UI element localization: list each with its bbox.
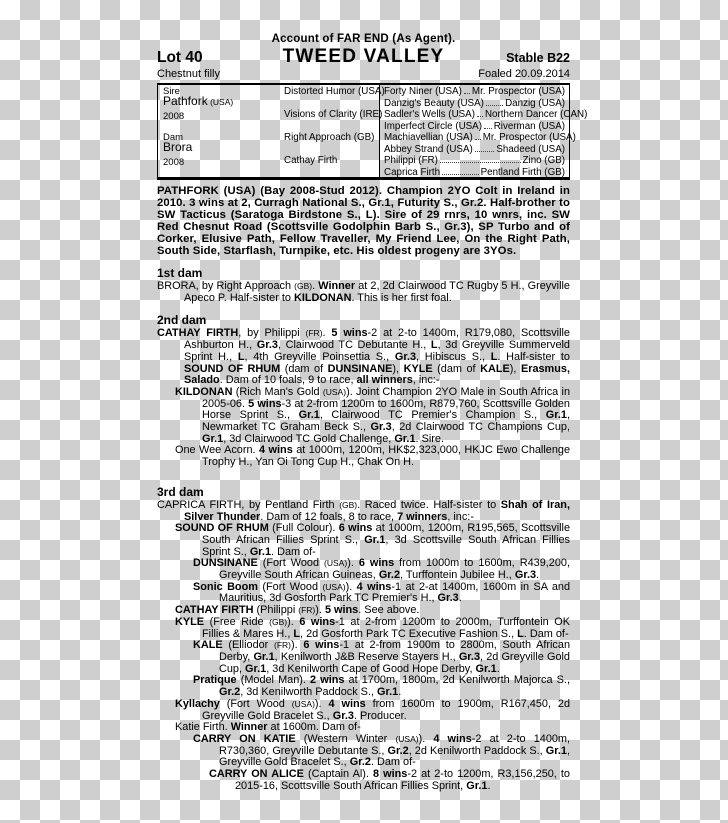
text-segment: BRORA, by Right Approach xyxy=(157,280,294,292)
text-segment: (Full Colour). xyxy=(269,522,339,534)
emphasis-text: all winners xyxy=(357,374,413,386)
ancestor-name: Caprica Firth xyxy=(384,167,440,178)
pedigree-ancestor-row: Abbey Strand (USA)Shadeed (USA) xyxy=(384,144,565,155)
emphasis-text: Gr.1 xyxy=(546,409,567,421)
emphasis-text: CARRY ON ALICE xyxy=(209,768,304,780)
pedigree-paragraph: Sonic Boom (Fort Wood (USA)). 4 wins-1 a… xyxy=(157,582,570,605)
ancestor-name: Riverman (USA) xyxy=(494,121,565,132)
emphasis-text: Gr.1 xyxy=(245,663,266,675)
pedigree-column-grandparents: Forty Niner (USA)Mr. Prospector (USA)Dan… xyxy=(379,85,569,177)
emphasis-text: CATHAY FIRTH xyxy=(157,327,238,339)
emphasis-text: L xyxy=(517,628,524,640)
ancestor-name: Northern Dancer (CAN) xyxy=(485,109,587,120)
pedigree-paragraph: CAPRICA FIRTH, by Pentland Firth (GB). R… xyxy=(157,500,570,523)
ancestor-name: Mr. Prospector (USA) xyxy=(483,132,576,143)
text-segment: . Dam of 10 foals, 9 to race, xyxy=(220,374,357,386)
pedigree-paragraph: CATHAY FIRTH, by Philippi (FR). 5 wins-2… xyxy=(157,328,570,387)
text-segment: (USA) xyxy=(395,734,418,744)
text-segment: (Western Winter xyxy=(296,733,396,745)
ancestor-name: Forty Niner (USA) xyxy=(384,86,462,97)
text-segment: (GB) xyxy=(269,617,287,627)
dotted-leader xyxy=(440,162,521,163)
dotted-leader xyxy=(486,105,503,106)
text-segment: . Half-sister to xyxy=(497,351,570,363)
emphasis-text: Gr.1 xyxy=(253,651,274,663)
text-segment: , Kenilworth J&B Reserve Stayers H., xyxy=(275,651,459,663)
pedigree-subject-name: Brora xyxy=(163,142,192,153)
stable-number: Stable B22 xyxy=(465,51,570,65)
text-segment: , by Philippi xyxy=(238,327,305,339)
emphasis-text: KILDONAN xyxy=(175,386,232,398)
emphasis-text: 5 wins xyxy=(248,398,281,410)
text-segment: . Dam of 12 foals, 8 to race, xyxy=(260,511,397,523)
text-segment: ), xyxy=(392,363,403,375)
text-segment: ). xyxy=(347,557,359,569)
text-segment: (dam of xyxy=(280,363,327,375)
text-segment: (Model Man). xyxy=(237,674,310,686)
pedigree-paragraph: One Wee Acorn. 4 wins at 1000m, 1200m, H… xyxy=(157,445,570,468)
emphasis-text: Gr.1 xyxy=(202,433,223,445)
text-segment: . xyxy=(459,592,462,604)
emphasis-text: CARRY ON KATIE xyxy=(193,733,296,745)
emphasis-text: Sonic Boom xyxy=(193,581,258,593)
text-segment: (Rich Man's Gold xyxy=(232,386,322,398)
ancestor-name: Mr. Prospector (USA) xyxy=(472,86,565,97)
emphasis-text: 6 wins xyxy=(299,616,335,628)
text-segment: ), xyxy=(510,363,521,375)
text-segment: , Hibiscus S., xyxy=(416,351,491,363)
text-segment: (Philippi xyxy=(253,604,298,616)
text-segment: (GB) xyxy=(294,281,312,291)
text-segment: at 1700m, 1800m, 2d Kenilworth Majorca S… xyxy=(344,674,570,686)
emphasis-text: CATHAY FIRTH xyxy=(175,604,253,616)
text-segment: . xyxy=(487,780,490,792)
ancestor-name: Sadler's Wells (USA) xyxy=(384,109,475,120)
colour-sex: Chestnut filly xyxy=(157,68,220,80)
dotted-leader xyxy=(442,174,479,175)
emphasis-text: SOUND OF RHUM xyxy=(175,522,269,534)
text-segment: , 2d Gosforth Park TC Executive Fashion … xyxy=(300,628,517,640)
dam-section-heading: 1st dam xyxy=(157,266,570,280)
text-segment: . Dam of- xyxy=(271,546,316,558)
emphasis-text: Gr.1 xyxy=(476,663,497,675)
pedigree-paragraph: KILDONAN (Rich Man's Gold (USA)). Joint … xyxy=(157,387,570,446)
emphasis-text: 6 wins xyxy=(359,557,394,569)
emphasis-text: Gr.3 xyxy=(257,339,278,351)
text-segment: CAPRICA FIRTH, by Pentland Firth xyxy=(157,499,339,511)
pedigree-paragraph: CARRY ON ALICE (Captain Al). 8 wins-2 at… xyxy=(157,769,570,792)
text-segment: , 4th Greyville Poinsettia S., xyxy=(245,351,395,363)
text-segment: . See above. xyxy=(358,604,419,616)
emphasis-text: 6 wins xyxy=(303,639,339,651)
dam-sections: 1st damBRORA, by Right Approach (GB). Wi… xyxy=(157,266,570,792)
text-segment: . xyxy=(497,663,500,675)
pedigree-ancestor-row: Forty Niner (USA)Mr. Prospector (USA) xyxy=(384,86,565,97)
emphasis-text: Winner xyxy=(231,721,268,733)
emphasis-text: Gr.2 xyxy=(350,756,371,768)
pedigree-ancestor-row: Caprica FirthPentland Firth (GB) xyxy=(384,167,565,178)
pedigree-year: 2008 xyxy=(163,157,184,168)
pedigree-ancestor-row: Danzig's Beauty (USA)Danzig (USA) xyxy=(384,98,565,109)
ancestor-name: Danzig's Beauty (USA) xyxy=(384,98,484,109)
dotted-leader xyxy=(484,128,492,129)
emphasis-text: KALE xyxy=(193,639,223,651)
emphasis-text: SOUND OF RHUM xyxy=(184,363,280,375)
text-segment: ). xyxy=(315,698,329,710)
text-segment: (GB) xyxy=(339,500,357,510)
emphasis-text: Gr.1 xyxy=(466,780,487,792)
pedigree-year: 2008 xyxy=(163,111,184,122)
emphasis-text: Gr.3 xyxy=(395,351,416,363)
text-segment: , Clairwood TC Premier's Champion S., xyxy=(320,409,546,421)
text-segment: Katie Firth. xyxy=(175,721,231,733)
text-segment: . Dam of- xyxy=(371,756,416,768)
text-segment: . Producer. xyxy=(354,710,407,722)
emphasis-text: 4 wins xyxy=(329,698,366,710)
text-segment: , inc:- xyxy=(413,374,440,386)
pedigree-paragraph: CARRY ON KATIE (Western Winter (USA)). 4… xyxy=(157,734,570,769)
emphasis-text: Gr.3 xyxy=(438,592,459,604)
pedigree-parent-name: Cathay Firth xyxy=(284,155,337,166)
text-segment: (USA) xyxy=(324,558,347,568)
emphasis-text: KYLE xyxy=(175,616,204,628)
text-segment: . This is her first foal. xyxy=(351,292,451,304)
emphasis-text: 4 wins xyxy=(433,733,471,745)
emphasis-text: Gr.1 xyxy=(364,534,385,546)
emphasis-text: L xyxy=(431,339,438,351)
pedigree-paragraph: KALE (Elliodor (FR)). 6 wins-1 at 2-from… xyxy=(157,640,570,675)
emphasis-text: Gr.3 xyxy=(515,569,536,581)
text-segment: . xyxy=(536,569,539,581)
emphasis-text: Gr.3 xyxy=(333,710,354,722)
pedigree-ancestor-row: Sadler's Wells (USA)Northern Dancer (CAN… xyxy=(384,109,565,120)
emphasis-text: Pratique xyxy=(193,674,237,686)
emphasis-text: Gr.1 xyxy=(394,433,415,445)
emphasis-text: DUNSINANE xyxy=(328,363,393,375)
text-segment: , 3d Kenilworth Cape of Good Hope Derby, xyxy=(266,663,475,675)
text-segment: (FR) xyxy=(298,605,315,615)
emphasis-text: 4 wins xyxy=(357,581,392,593)
text-segment: (Fort Wood xyxy=(258,581,323,593)
emphasis-text: 2 wins xyxy=(310,674,344,686)
ancestor-name: Machiavellian (USA) xyxy=(384,132,473,143)
emphasis-text: 5 wins xyxy=(331,327,367,339)
ancestor-name: Shadeed (USA) xyxy=(496,144,565,155)
pedigree-paragraph: BRORA, by Right Approach (GB). Winner at… xyxy=(157,281,570,304)
title-row: Lot 40 TWEED VALLEY Stable B22 xyxy=(157,46,570,68)
text-segment: , inc:- xyxy=(447,511,474,523)
pedigree-ancestor-row: Imperfect Circle (USA)Riverman (USA) xyxy=(384,121,565,132)
dam-section-heading: 3rd dam xyxy=(157,485,570,499)
pedigree-subject-name: Pathfork (USA) xyxy=(163,96,233,108)
text-segment: (Free Ride xyxy=(204,616,269,628)
text-segment: (Captain Al). xyxy=(304,768,373,780)
foaling-date: Foaled 20.09.2014 xyxy=(478,68,570,80)
text-segment: (FR) xyxy=(306,328,323,338)
dotted-leader xyxy=(477,116,483,117)
emphasis-text: 7 winners xyxy=(397,511,447,523)
text-segment: (Fort Wood xyxy=(258,557,324,569)
catalogue-page: { "header": { "account": "Account of FAR… xyxy=(0,0,728,823)
pedigree-table: SirePathfork (USA)2008DamBrora2008 Disto… xyxy=(157,83,570,180)
text-segment: , 3d Clairwood TC Gold Challenge, xyxy=(223,433,394,445)
emphasis-text: L xyxy=(238,351,245,363)
text-segment: , 2d Clairwood TC Champions Cup, xyxy=(392,421,570,433)
text-segment: (USA) xyxy=(292,699,315,709)
text-segment: . xyxy=(398,686,401,698)
text-segment: (FR) xyxy=(274,640,291,650)
text-segment: ). xyxy=(291,639,303,651)
emphasis-text: KALE xyxy=(480,363,510,375)
ancestor-name: Abbey Strand (USA) xyxy=(384,144,473,155)
text-segment: at 1600m. Dam of- xyxy=(268,721,361,733)
emphasis-text: 6 wins xyxy=(339,522,373,534)
ancestor-name: Pentland Firth (GB) xyxy=(481,167,565,178)
text-segment: (Fort Wood xyxy=(220,698,292,710)
text-segment: (USA) xyxy=(322,582,345,592)
emphasis-text: Gr.3 xyxy=(371,421,392,433)
text-segment: ). xyxy=(346,581,357,593)
ancestor-name: Imperfect Circle (USA) xyxy=(384,121,482,132)
pedigree-paragraph: KYLE (Free Ride (GB)). 6 wins-1 at 2-fro… xyxy=(157,617,570,640)
ancestor-name: Zino (GB) xyxy=(523,155,565,166)
text-segment: (Elliodor xyxy=(223,639,274,651)
emphasis-text: 4 wins xyxy=(259,444,293,456)
emphasis-text: PATHFORK (USA) (Bay 2008-Stud 2012). Cha… xyxy=(157,185,570,257)
account-line: Account of FAR END (As Agent). xyxy=(157,33,570,45)
dam-section-heading: 2nd dam xyxy=(157,313,570,327)
dotted-leader xyxy=(475,139,481,140)
emphasis-text: Kyllachy xyxy=(175,698,220,710)
text-segment: , Clairwood TC Debutante H., xyxy=(278,339,431,351)
emphasis-text: Gr.3 xyxy=(459,651,480,663)
emphasis-text: Gr.1 xyxy=(299,409,320,421)
emphasis-text: Gr.1 xyxy=(377,686,398,698)
ancestor-name: Philippi (FR) xyxy=(384,155,438,166)
pedigree-paragraph: DUNSINANE (Fort Wood (USA)). 6 wins from… xyxy=(157,558,570,581)
emphasis-text: Gr.1 xyxy=(250,546,271,558)
text-segment: ). xyxy=(315,604,325,616)
pedigree-paragraph: Kyllachy (Fort Wood (USA)). 4 wins from … xyxy=(157,699,570,722)
dotted-leader xyxy=(464,93,470,94)
text-segment: . Sire. xyxy=(416,433,444,445)
sire-summary-paragraph: PATHFORK (USA) (Bay 2008-Stud 2012). Cha… xyxy=(157,185,570,257)
text-segment: , 3d Kenilworth Paddock S., xyxy=(240,686,377,698)
text-segment: , Turffontein Jubilee H., xyxy=(400,569,515,581)
emphasis-text: DUNSINANE xyxy=(193,557,258,569)
emphasis-text: Gr.2 xyxy=(219,686,240,698)
emphasis-text: KYLE xyxy=(404,363,433,375)
emphasis-text: 5 wins xyxy=(325,604,358,616)
text-segment: . Dam of- xyxy=(524,628,569,640)
pedigree-paragraph: SOUND OF RHUM (Full Colour). 6 wins at 1… xyxy=(157,523,570,558)
pedigree-column-subject: SirePathfork (USA)2008DamBrora2008 xyxy=(163,85,283,177)
text-segment: , 2d Kenilworth Paddock S., xyxy=(409,745,546,757)
pedigree-ancestor-row: Philippi (FR)Zino (GB) xyxy=(384,155,565,166)
text-segment: ). xyxy=(287,616,299,628)
text-segment: (dam of xyxy=(433,363,480,375)
pedigree-paragraph: Pratique (Model Man). 2 wins at 1700m, 1… xyxy=(157,675,570,698)
text-segment: (USA) xyxy=(323,387,346,397)
emphasis-text: Gr.2 xyxy=(388,745,409,757)
emphasis-text: Gr.2 xyxy=(379,569,400,581)
ancestor-name: Danzig (USA) xyxy=(505,98,565,109)
catalogue-document: Account of FAR END (As Agent). Lot 40 TW… xyxy=(157,33,570,792)
lot-number: Lot 40 xyxy=(157,49,262,67)
emphasis-text: Winner xyxy=(318,280,355,292)
subtitle-row: Chestnut filly Foaled 20.09.2014 xyxy=(157,68,570,80)
text-segment: . Raced twice. Half-sister to xyxy=(357,499,501,511)
pedigree-parent-name: Right Approach (GB) xyxy=(284,132,374,143)
emphasis-text: Gr.1 xyxy=(546,745,567,757)
pedigree-parent-name: Visions of Clarity (IRE) xyxy=(284,109,382,120)
text-segment: One Wee Acorn. xyxy=(175,444,259,456)
country-suffix: (USA) xyxy=(208,97,234,107)
text-segment: ). xyxy=(419,733,434,745)
pedigree-column-parents: Distorted Humor (USA)Visions of Clarity … xyxy=(284,85,379,177)
pedigree-ancestor-row: Machiavellian (USA)Mr. Prospector (USA) xyxy=(384,132,565,143)
dotted-leader xyxy=(475,151,495,152)
horse-name: TWEED VALLEY xyxy=(262,46,465,68)
emphasis-text: 8 wins xyxy=(373,768,407,780)
emphasis-text: KILDONAN xyxy=(294,292,351,304)
pedigree-parent-name: Distorted Humor (USA) xyxy=(284,86,385,97)
